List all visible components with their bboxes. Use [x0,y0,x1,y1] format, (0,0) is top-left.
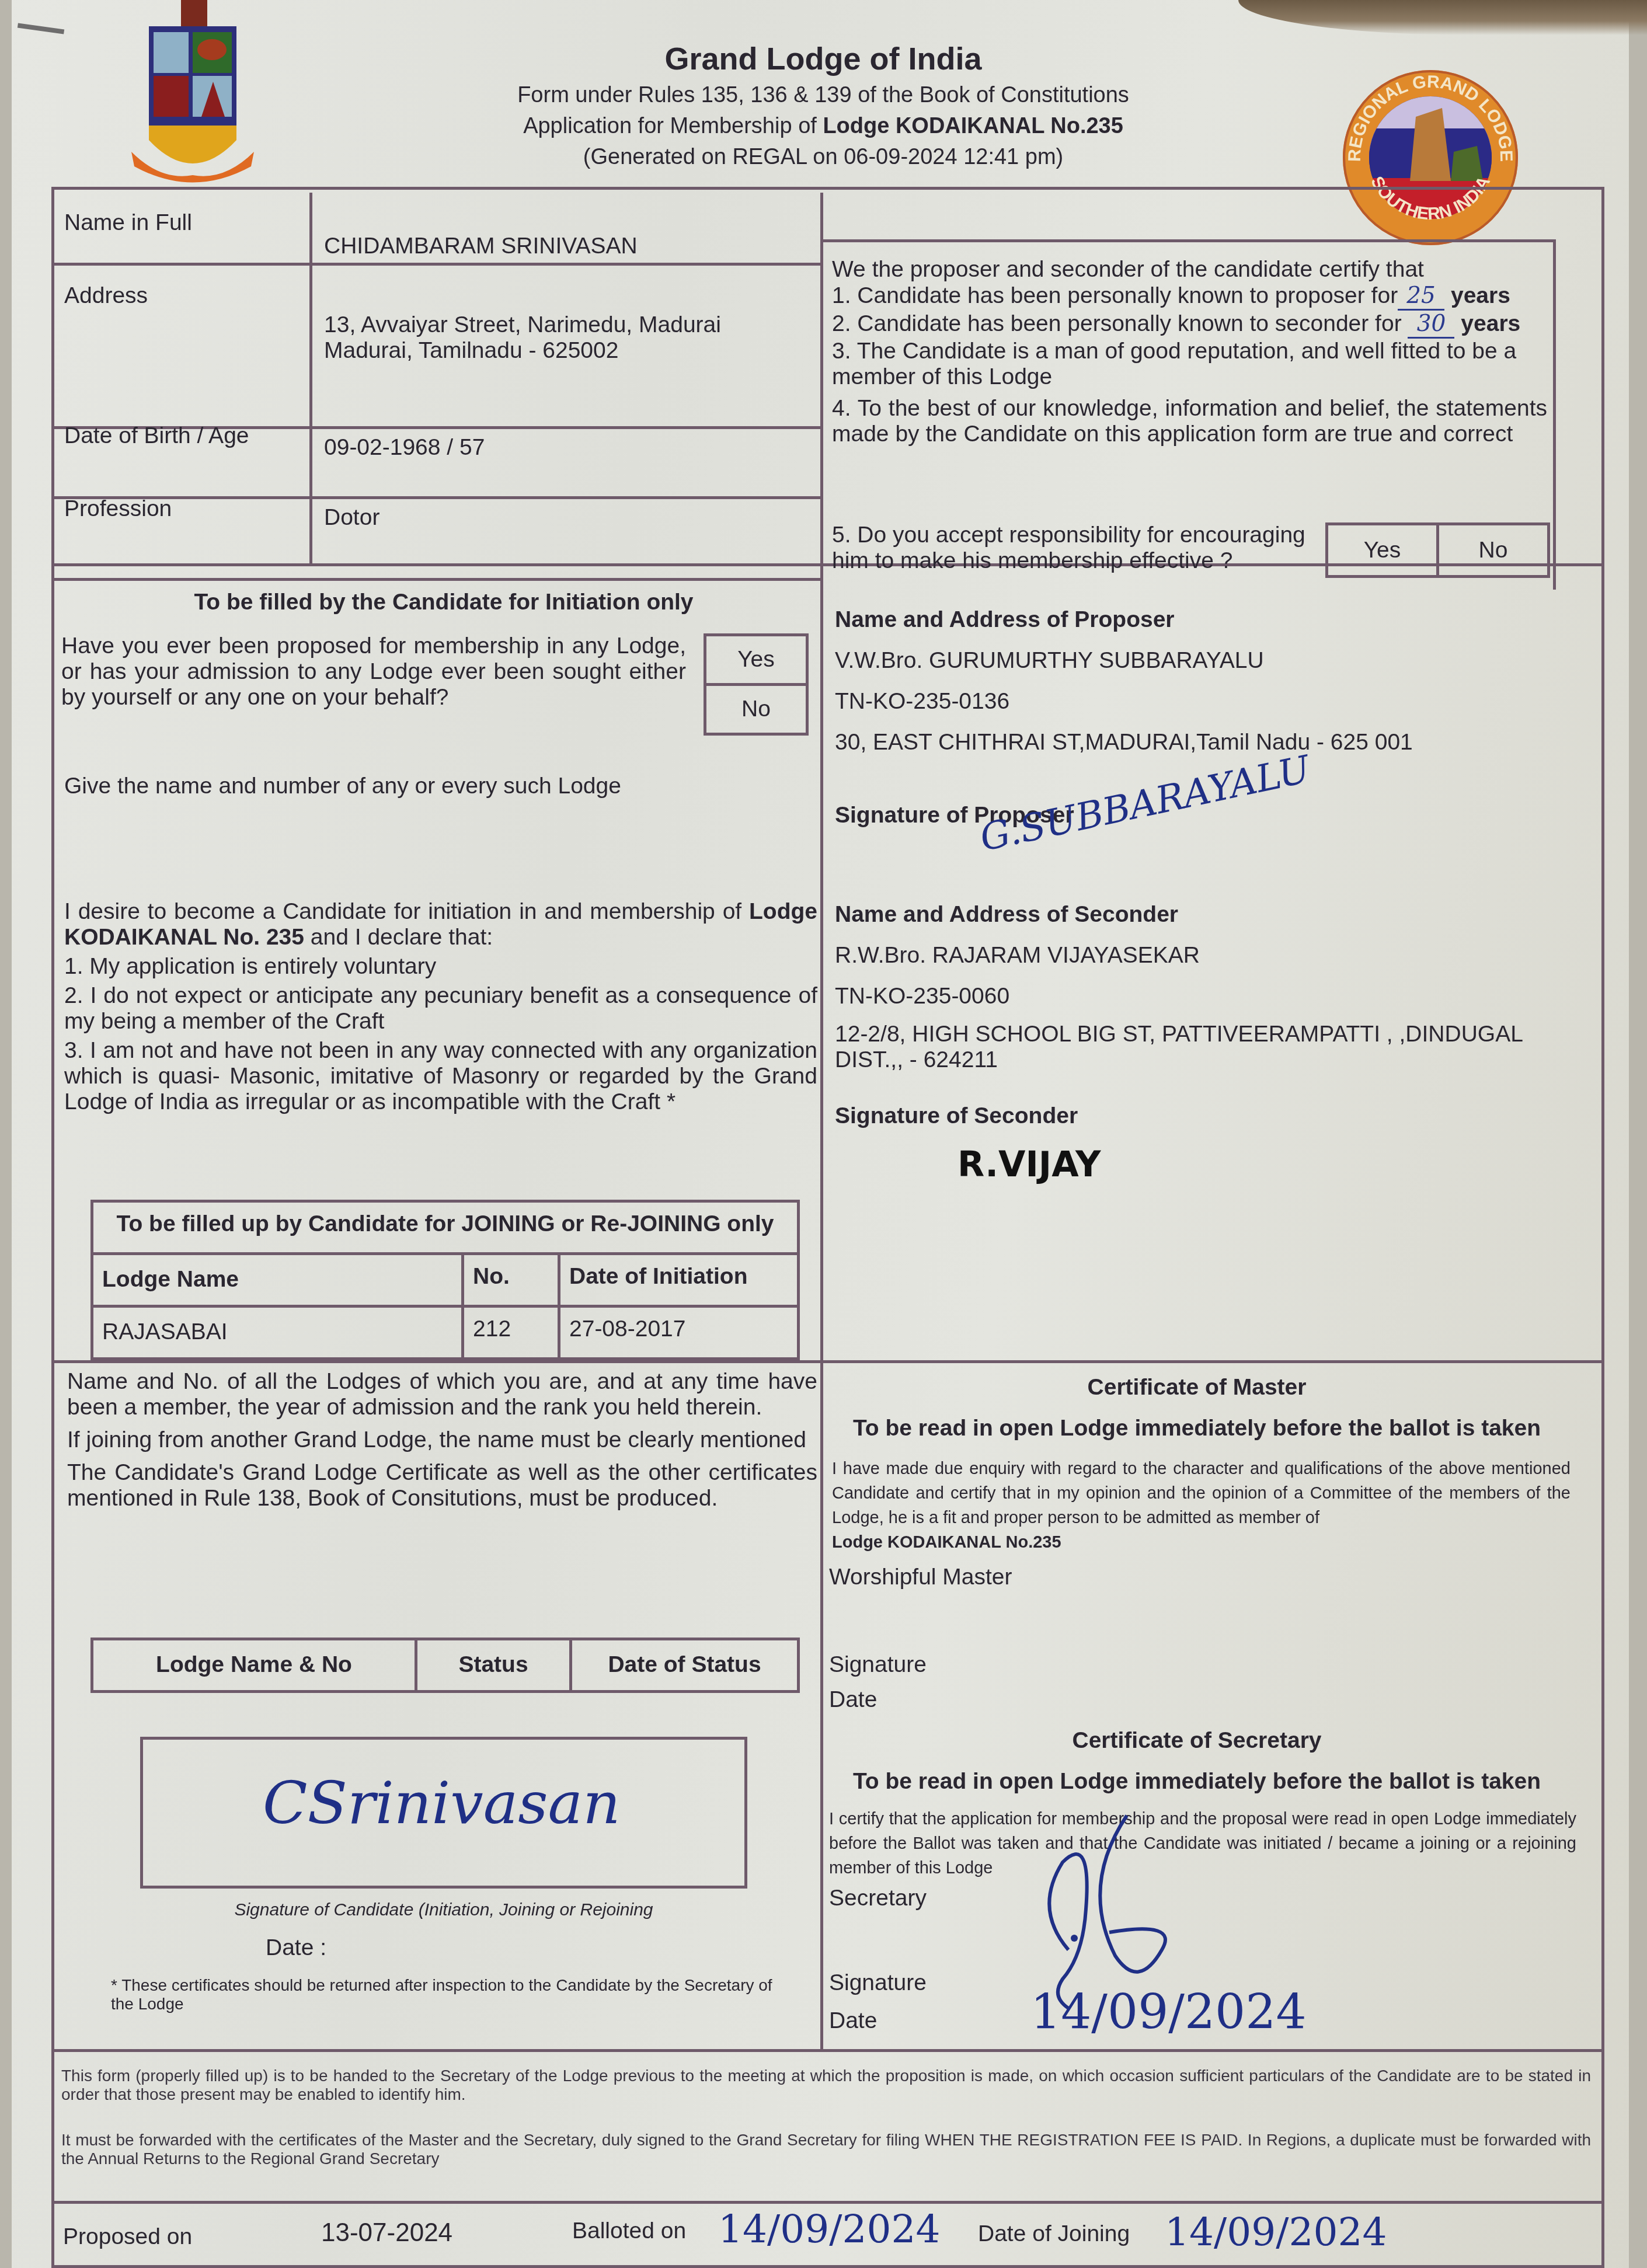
page-title: Grand Lodge of India [350,41,1296,77]
membership-col-lodge: Lodge Name & No [93,1652,415,1678]
responsibility-yes-box[interactable]: Yes [1325,522,1439,578]
seconder-years-field[interactable]: 30 [1408,311,1454,339]
divider [51,2201,1604,2204]
note-submission: This form (properly filled up) is to be … [61,2067,1591,2104]
seconder-name: R.W.Bro. RAJARAM VIJAYASEKAR [835,943,1200,968]
membership-col-status: Status [417,1652,569,1678]
proposed-on-label: Proposed on [63,2224,192,2250]
proposer-reg-no: TN-KO-235-0136 [835,689,1009,715]
address-label: Address [64,283,148,309]
certify-text: We the proposer and seconder of the cand… [832,257,1547,447]
dob-label: Date of Birth / Age [64,423,249,449]
give-name-prompt: Give the name and number of any or every… [64,774,621,799]
secretary-date-label: Date [829,2008,877,2034]
divider [51,263,822,266]
secretary-cert-title: Certificate of Secretary [823,1728,1571,1754]
joining-col-lodge: Lodge Name [102,1267,239,1292]
seconder-signature: R.VIJAY [957,1144,1101,1185]
master-cert-body: I have made due enquiry with regard to t… [832,1457,1571,1555]
master-cert-title: Certificate of Master [823,1375,1571,1400]
master-date-label: Date [829,1687,877,1713]
dob-value: 09-02-1968 / 57 [324,435,485,461]
membership-col-date: Date of Status [572,1652,797,1678]
proposer-address: 30, EAST CHITHRAI ST,MADURAI,Tamil Nadu … [835,730,1413,755]
initiation-yes-box[interactable]: Yes [704,633,809,686]
form-header: Grand Lodge of India Form under Rules 13… [350,35,1296,170]
name-value: CHIDAMBARAM SRINIVASAN [324,234,638,259]
initiation-heading: To be filled by the Candidate for Initia… [64,590,823,615]
lodges-membership-text: Name and No. of all the Lodges of which … [67,1369,817,1511]
divider [461,1252,464,1360]
seconder-reg-no: TN-KO-235-0060 [835,984,1009,1009]
grand-lodge-crest-logo [126,0,260,193]
master-role: Worshipful Master [829,1565,1012,1590]
divider [90,1305,800,1308]
joining-row-no: 212 [473,1316,511,1342]
responsibility-question: 5. Do you accept responsibility for enco… [832,522,1322,574]
joining-row-lodge: RAJASABAI [102,1319,228,1345]
secretary-cert-body: I certify that the application for membe… [829,1807,1576,1880]
initiation-no-box[interactable]: No [704,683,809,736]
balloted-on-label: Balloted on [572,2218,686,2244]
secretary-date-value: 14/09/2024 [1030,1985,1307,2040]
candidate-signature-caption: Signature of Candidate (Initiation, Join… [140,1900,747,1920]
seconder-signature-label: Signature of Seconder [835,1103,1078,1129]
rules-line: Form under Rules 135, 136 & 139 of the B… [350,83,1296,108]
proposer-heading: Name and Address of Proposer [835,607,1175,633]
master-cert-subtitle: To be read in open Lodge immediately bef… [823,1416,1571,1441]
application-line: Application for Membership of Lodge KODA… [350,114,1296,139]
profession-value: Dotor [324,505,379,531]
candidate-date-label: Date : [266,1935,326,1961]
joining-col-date: Date of Initiation [569,1264,748,1290]
address-value: 13, Avvaiyar Street, Narimedu, Madurai M… [324,312,721,364]
initiation-question: Have you ever been proposed for membersh… [61,633,686,710]
divider [51,578,822,581]
date-of-joining-label: Date of Joining [978,2221,1130,2247]
joining-heading: To be filled up by Candidate for JOINING… [93,1211,797,1237]
proposer-name: V.W.Bro. GURUMURTHY SUBBARAYALU [835,648,1264,674]
profession-label: Profession [64,496,172,522]
declaration: I desire to become a Candidate for initi… [64,899,817,1115]
divider [90,1252,800,1255]
date-of-joining-value: 14/09/2024 [1165,2210,1387,2255]
seconder-heading: Name and Address of Seconder [835,902,1178,928]
master-signature-label: Signature [829,1652,927,1678]
proposed-on-value: 13-07-2024 [321,2218,452,2248]
divider [309,193,312,566]
divider [51,2049,1604,2052]
balloted-on-value: 14/09/2024 [718,2207,940,2252]
note-forwarding: It must be forwarded with the certificat… [61,2131,1591,2168]
secretary-cert-subtitle: To be read in open Lodge immediately bef… [823,1769,1571,1795]
proposer-years-field[interactable]: 25 [1398,283,1444,311]
divider [51,1360,1604,1363]
name-label: Name in Full [64,210,192,236]
certificates-footnote: * These certificates should be returned … [111,1976,782,2013]
divider [558,1252,560,1360]
responsibility-no-box[interactable]: No [1436,522,1550,578]
joining-col-no: No. [473,1264,510,1290]
candidate-signature: CSrinivasan [263,1769,621,1837]
secretary-signature-label: Signature [829,1970,927,1996]
joining-row-date: 27-08-2017 [569,1316,686,1342]
generated-line: (Generated on REGAL on 06-09-2024 12:41 … [350,145,1296,170]
secretary-role: Secretary [829,1886,927,1911]
seconder-address: 12-2/8, HIGH SCHOOL BIG ST, PATTIVEERAMP… [835,1022,1523,1073]
